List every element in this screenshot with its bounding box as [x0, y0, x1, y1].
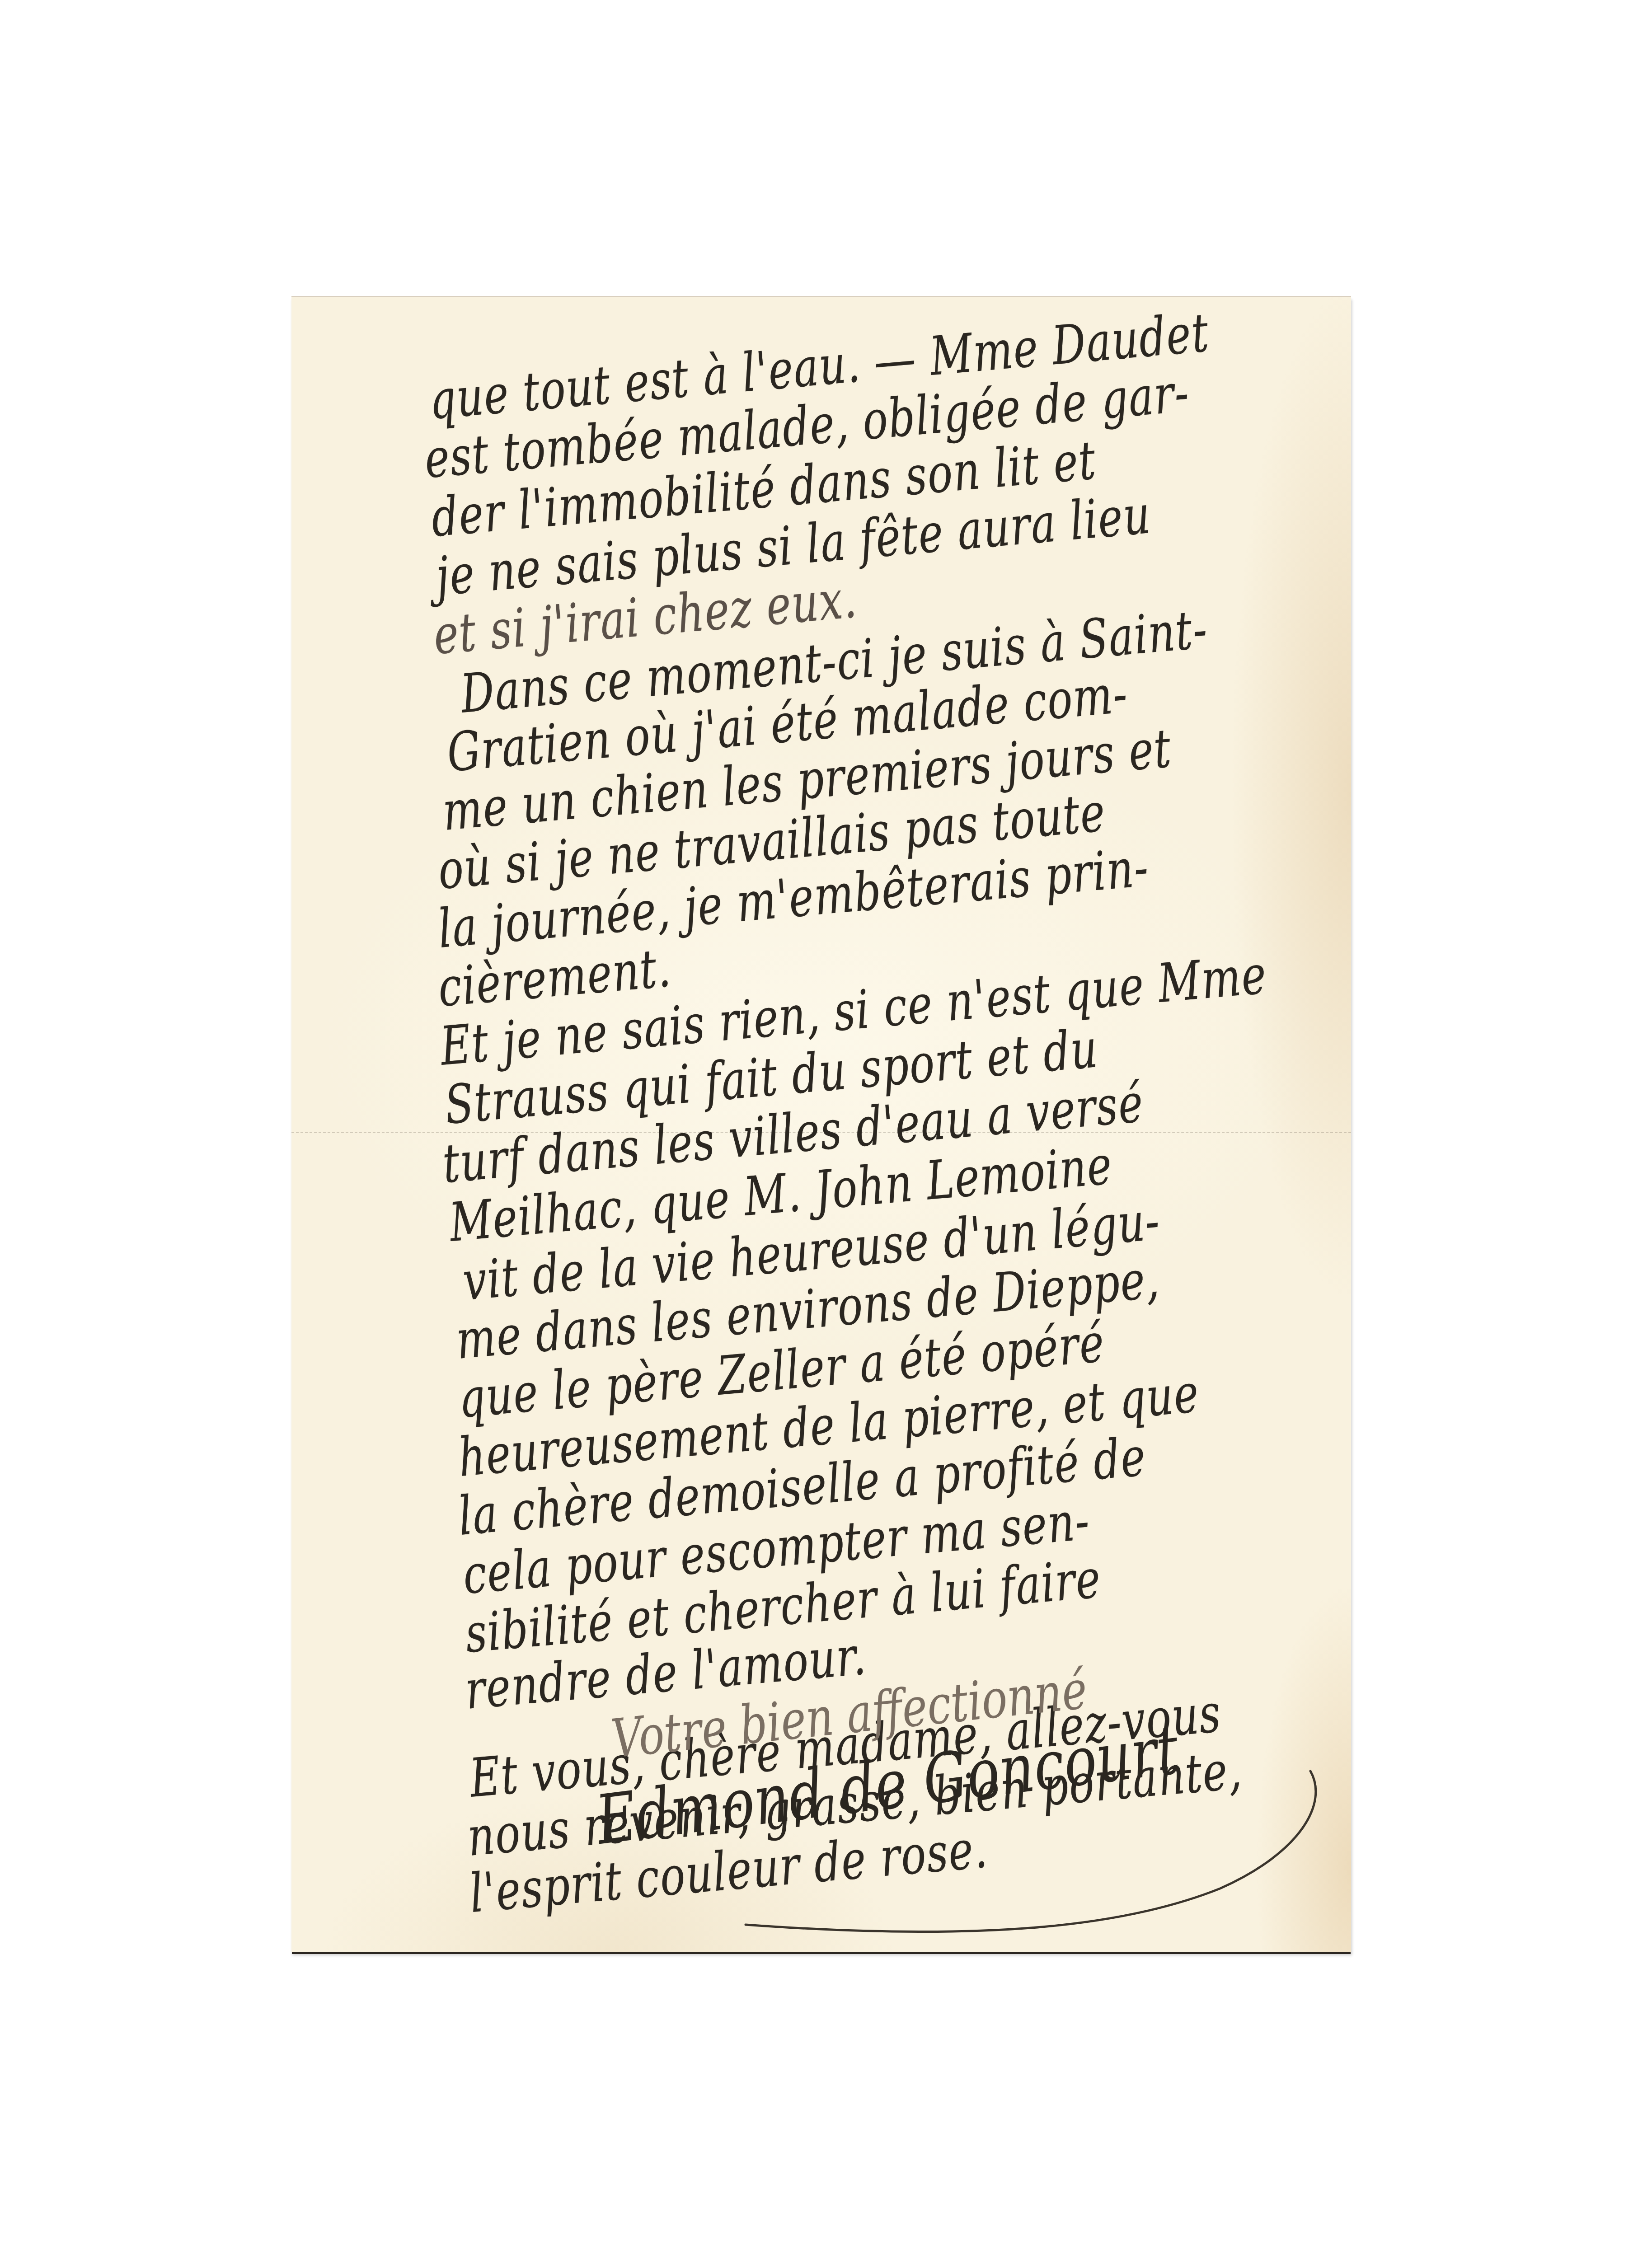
scanned-page: que tout est à l'eau. — Mme Daudet est t…	[0, 0, 1652, 2259]
